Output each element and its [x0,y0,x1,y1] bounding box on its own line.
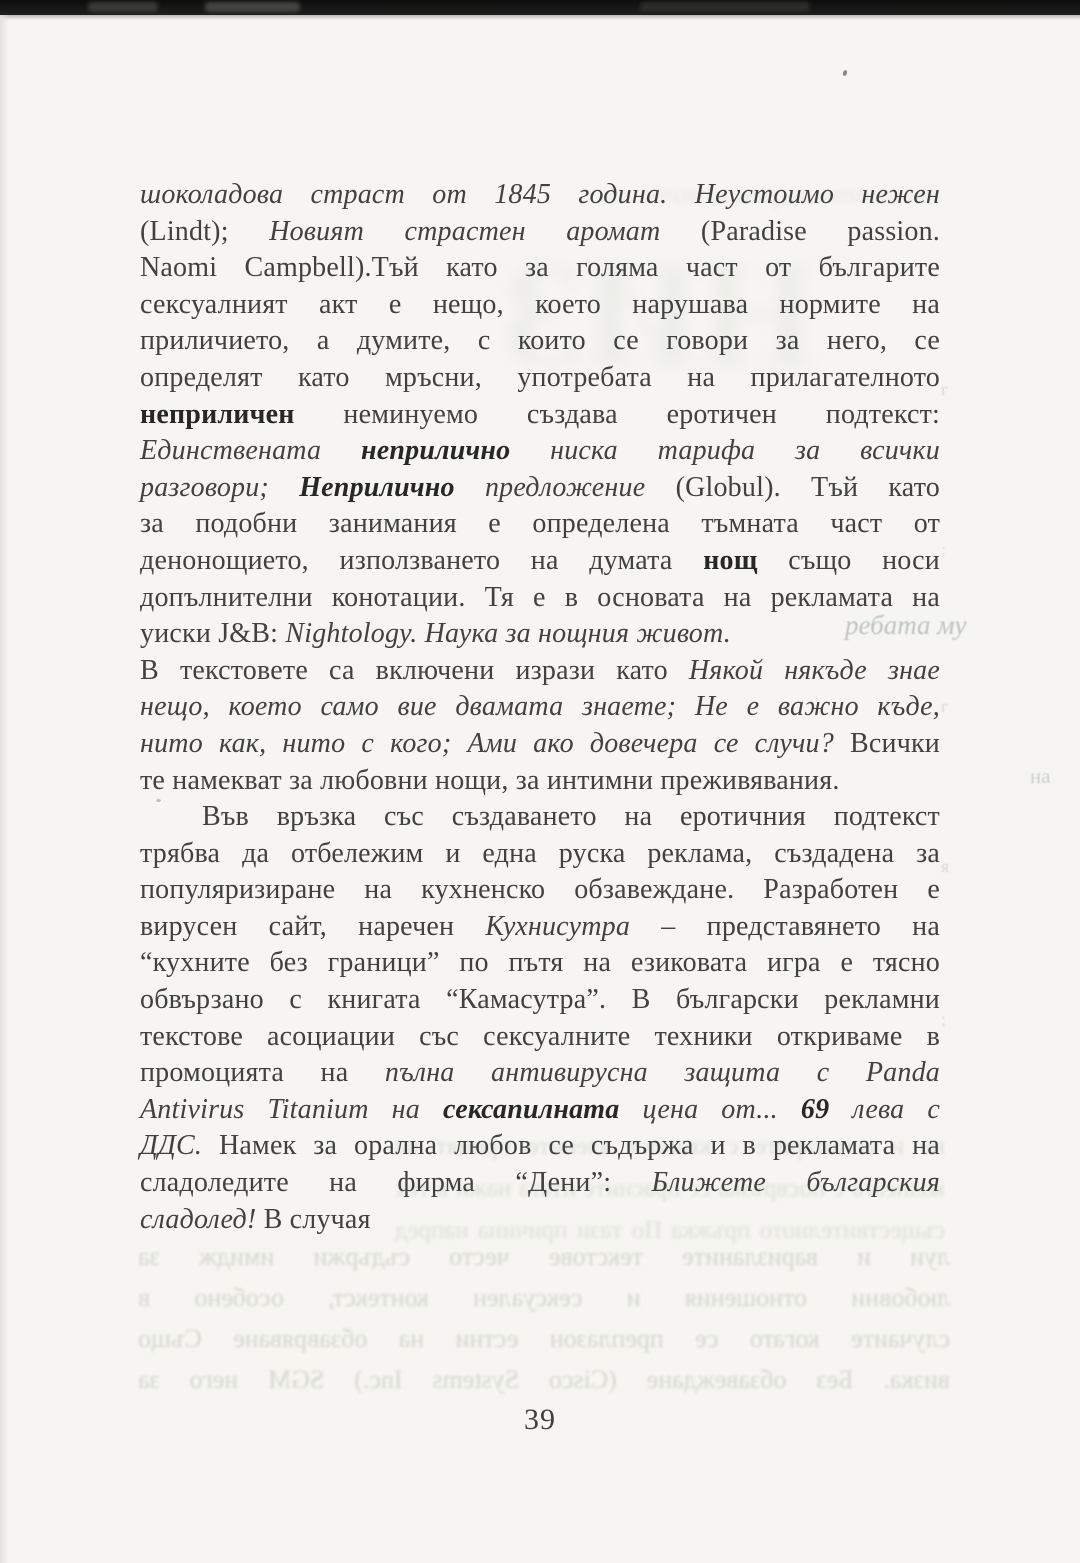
scan-speck [842,69,848,76]
text-line: текстове асоциации със сексуалните техни… [140,1019,940,1056]
text-segment: неприлично [361,435,550,466]
text-segment: шоколадова страст от 1845 година. Неусто… [140,179,940,210]
text-segment: неприличен [140,399,343,430]
spine-reflection [205,2,300,12]
text-segment: сексуалният акт е нещо, което нарушава н… [140,289,940,320]
text-segment: ДДС. [140,1130,219,1161]
text-line: нито как, нито с кого; Ами ако довечера … [140,726,940,763]
text-line: ДДС. Намек за орална любов се съдържа и … [140,1128,940,1165]
text-segment: Единствената [140,435,361,466]
text-line: допълнителни конотации. Тя е в основата … [140,580,940,617]
text-segment: вирусен сайт, наречен [140,911,485,942]
text-segment: ниска тарифа за всички [550,435,940,466]
text-segment: денонощието, използването на думата [140,545,703,576]
bleed-through-line: случаите когато се преплазон естни на об… [138,1318,950,1359]
text-segment: Неприлично [299,472,485,503]
text-segment: определят като мръсни, употребата на при… [140,362,940,393]
text-segment: нито как, нито с кого; Ами ако довечера … [140,728,850,759]
text-line: Naomi Campbell).Тъй като за голяма част … [140,250,940,287]
bleed-through-mark: г [941,697,948,717]
text-segment: също носи [788,545,940,576]
text-line: уиски J&B: Nightology. Наука за нощния ж… [140,616,940,653]
text-segment: промоцията на [140,1057,385,1088]
page-left-edge-shadow [0,15,9,1563]
text-line: шоколадова страст от 1845 година. Неусто… [140,177,940,214]
text-segment: В случая [264,1204,371,1235]
body-text: шоколадова страст от 1845 година. Неусто… [140,177,940,1238]
scanned-book-page: { "page_number": "39", "text_block": { "… [0,0,1080,1563]
bleed-through-mark: я [941,857,949,877]
bleed-through-line: луи и варизланите текстове често съдържи… [138,1236,950,1277]
text-line: те намекват за любовни нощи, за интимни … [140,763,940,800]
text-segment: обвързано с книгата “Камасутра”. В бълга… [140,984,940,1015]
text-segment: Naomi Campbell).Тъй като за голяма част … [140,252,940,283]
text-line: промоцията на пълна антивирусна защита с… [140,1055,940,1092]
bleed-through-bottom-lines: луи и варизланите текстове често съдържи… [138,1236,950,1400]
text-line: разговори; Неприлично предложение (Globu… [140,470,940,507]
text-segment: Nightology. Наука за нощния живот. [285,618,731,649]
text-segment: текстове асоциации със сексуалните техни… [140,1021,940,1052]
text-segment: – представянето на [661,911,940,942]
text-line: сладоледите на фирма “Дени”: Ближете бъл… [140,1165,940,1202]
page-number: 39 [140,1403,940,1437]
text-segment: Всички [850,728,940,759]
text-segment: “кухните без граници” по пътя на езикова… [140,947,940,978]
text-line: нещо, което само вие двамата знаете; Не … [140,689,940,726]
bleed-through-fragment: на [1030,764,1051,789]
bleed-through-mark: : [941,540,946,560]
text-line: популяризиране на кухненско обзавеждане.… [140,872,940,909]
text-segment: 69 [801,1094,852,1125]
text-segment: уиски J&B: [140,618,285,649]
text-line: определят като мръсни, употребата на при… [140,360,940,397]
text-line: неприличен неминуемо създава еротичен по… [140,397,940,434]
text-line: В текстовете са включени изрази като Няк… [140,653,940,690]
text-line: Единствената неприлично ниска тарифа за … [140,433,940,470]
text-segment: приличието, а думите, с които се говори … [140,325,940,356]
text-segment: те намекват за любовни нощи, за интимни … [140,765,840,796]
text-segment: предложение [485,472,676,503]
text-segment: Antivirus Titanium на [140,1094,443,1125]
text-line: сладолед! В случая [140,1202,940,1239]
text-line: за подобни занимания е определена тъмнат… [140,506,940,543]
text-segment: Във връзка със създаването на еротичния … [202,801,940,832]
bleed-through-mark: ; [941,1010,946,1030]
text-segment: (Paradise passion. [701,216,940,247]
bleed-through-line: визка. Без обзавеждане (Cisco Systems In… [138,1359,950,1400]
scan-top-edge [0,0,1080,15]
text-line: приличието, а думите, с които се говори … [140,323,940,360]
text-line: сексуалният акт е нещо, което нарушава н… [140,287,940,324]
text-segment: сладолед! [140,1204,264,1235]
text-line: Във връзка със създаването на еротичния … [140,799,940,836]
text-segment: пълна антивирусна защита с Panda [385,1057,940,1088]
text-segment: (Globul). Тъй като [676,472,940,503]
text-segment: разговори; [140,472,299,503]
text-segment: лева с [852,1094,940,1125]
text-line: вирусен сайт, наречен Кухнисутра – предс… [140,909,940,946]
text-segment: Новият страстен аромат [269,216,701,247]
spine-reflection [88,2,158,12]
text-line: “кухните без граници” по пътя на езикова… [140,945,940,982]
text-segment: сексапилната [443,1094,643,1125]
text-segment: В текстовете са включени изрази като [140,655,689,686]
text-segment: нещо, което само вие двамата знаете; Не … [140,691,940,722]
text-segment: нощ [703,545,788,576]
text-line: обвързано с книгата “Камасутра”. В бълга… [140,982,940,1019]
spine-reflection [640,2,810,12]
text-line: трябва да отбележим и една руска реклама… [140,836,940,873]
text-segment: сладоледите на фирма “Дени”: [140,1167,652,1198]
text-segment: допълнителни конотации. Тя е в основата … [140,582,940,613]
text-segment: популяризиране на кухненско обзавеждане.… [140,874,940,905]
text-segment: (Lindt); [140,216,269,247]
text-segment: Намек за орална любов се съдържа и в рек… [219,1130,940,1161]
text-segment: Кухнисутра [485,911,661,942]
text-segment: неминуемо създава еротичен подтекст: [343,399,940,430]
text-segment: Ближете българския [652,1167,940,1198]
text-segment: цена от... [643,1094,801,1125]
text-segment: трябва да отбележим и една руска реклама… [140,838,940,869]
text-segment: Някой някъде знае [689,655,940,686]
text-line: денонощието, използването на думата нощ … [140,543,940,580]
text-line: Antivirus Titanium на сексапилната цена … [140,1092,940,1129]
bleed-through-mark: г [941,380,948,400]
text-line: (Lindt); Новият страстен аромат (Paradis… [140,214,940,251]
bleed-through-line: любовни отношения и сексуален контекст, … [138,1277,950,1318]
scan-edge-shadow [0,15,1080,20]
text-segment: за подобни занимания е определена тъмнат… [140,508,940,539]
